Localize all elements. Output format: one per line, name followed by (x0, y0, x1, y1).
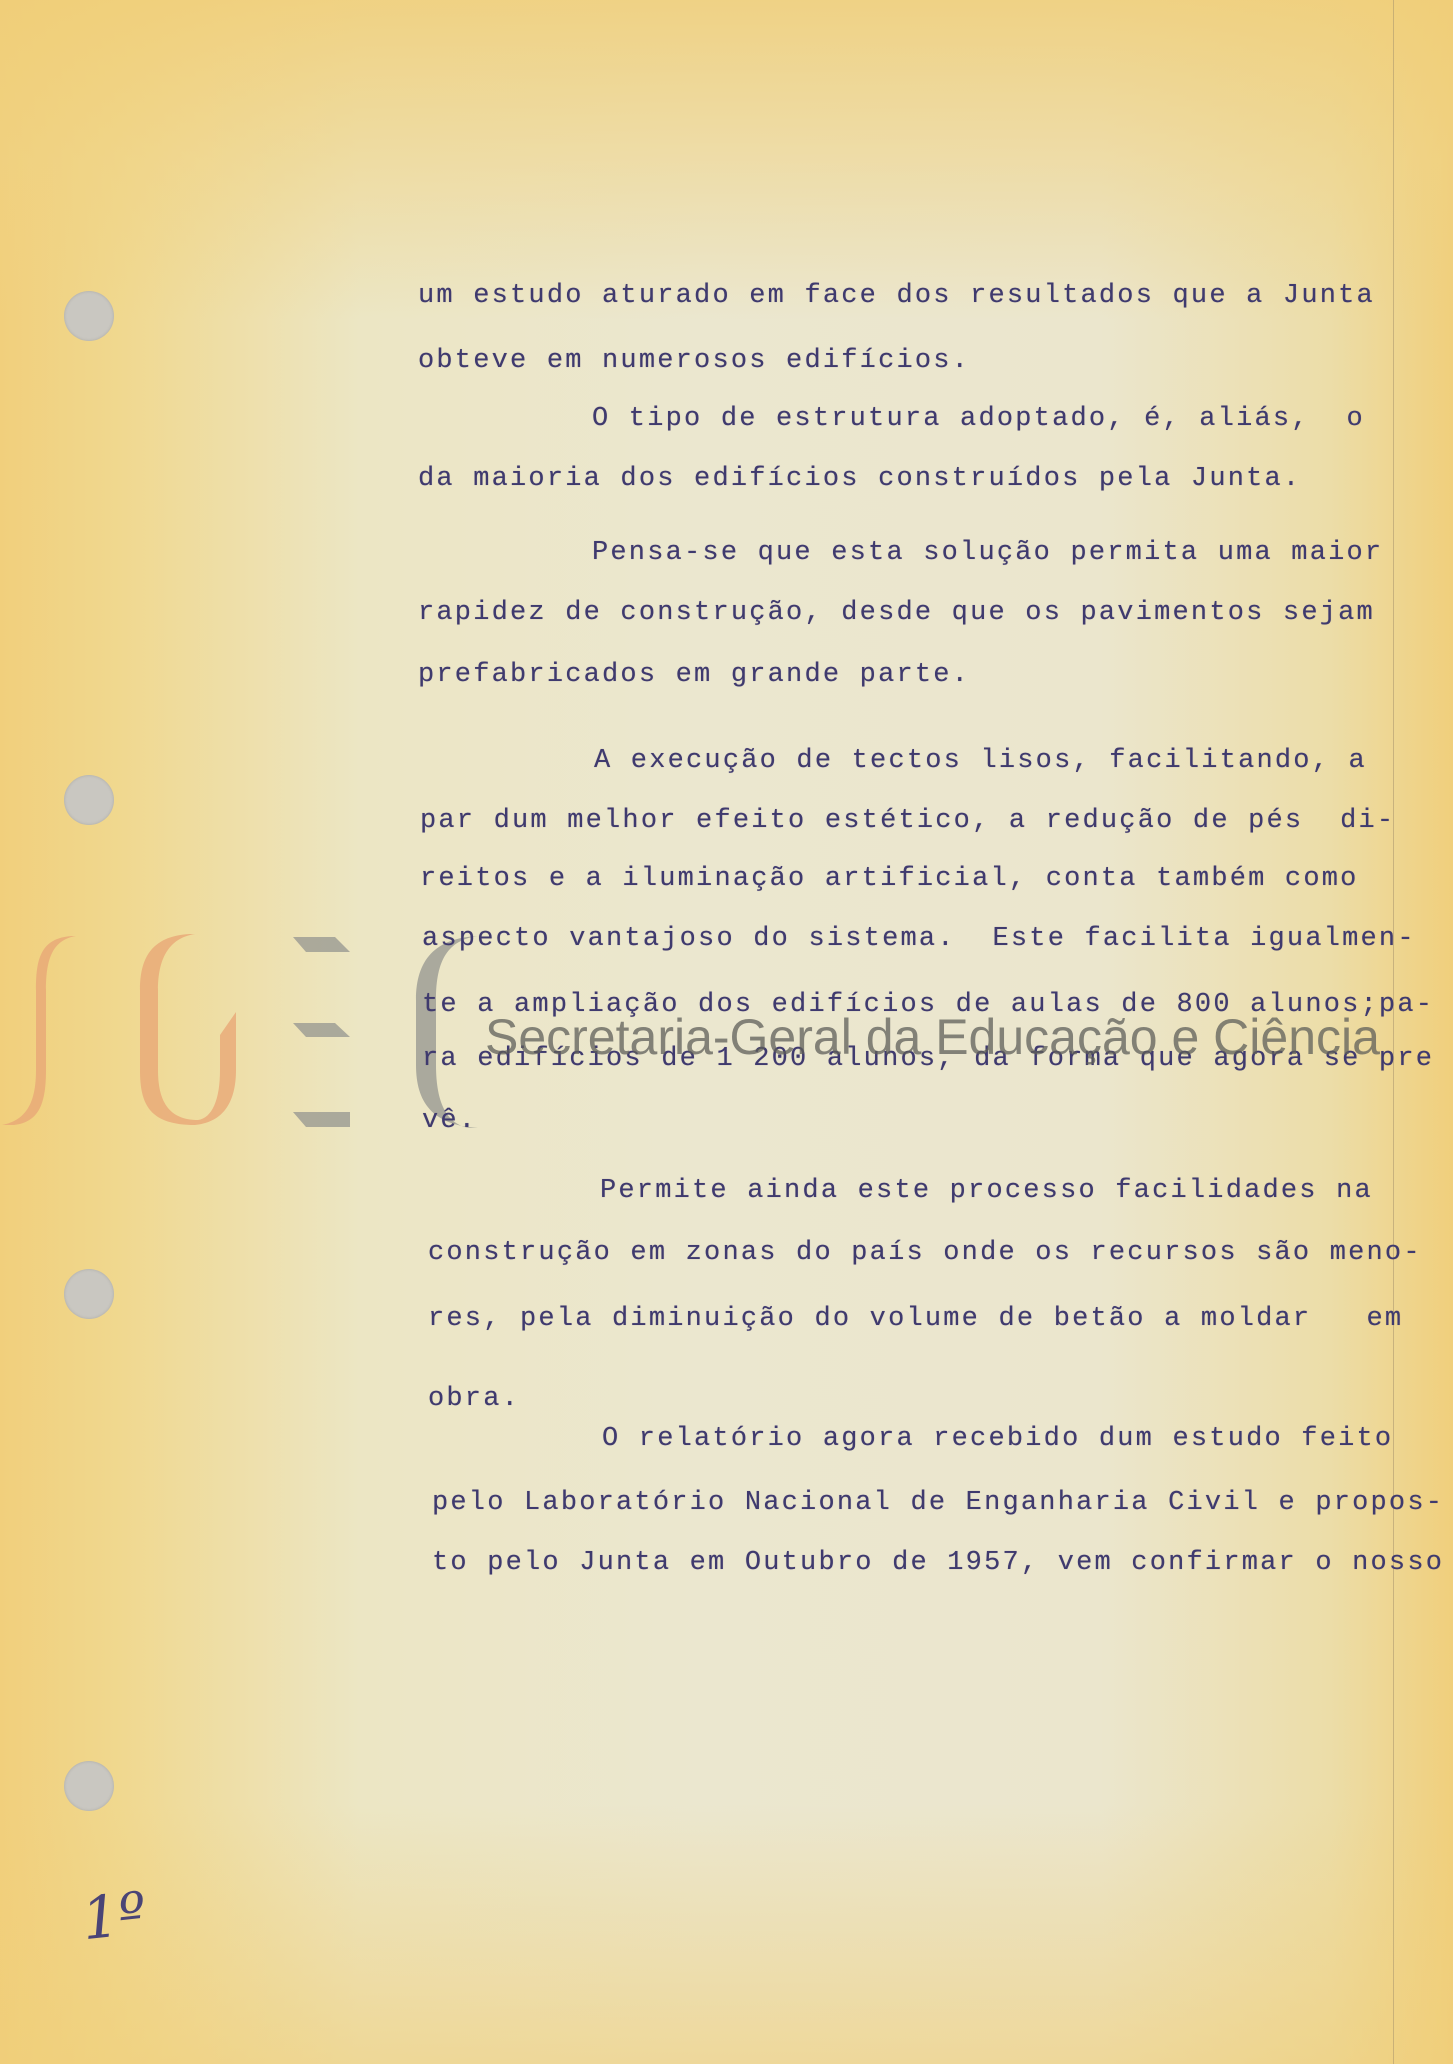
typed-line: par dum melhor efeito estético, a reduçã… (420, 806, 1395, 836)
typed-line: O relatório agora recebido dum estudo fe… (602, 1424, 1393, 1454)
typed-line: O tipo de estrutura adoptado, é, aliás, … (592, 404, 1365, 434)
typed-line: rapidez de construção, desde que os pavi… (418, 598, 1375, 628)
typed-line: Pensa-se que esta solução permita uma ma… (592, 538, 1383, 568)
typed-line: res, pela diminuição do volume de betão … (428, 1304, 1403, 1334)
typed-line: A execução de tectos lisos, facilitando,… (594, 746, 1367, 776)
typed-line: obra. (428, 1384, 520, 1414)
typed-line: aspecto vantajoso do sistema. Este facil… (422, 924, 1416, 954)
typed-line: prefabricados em grande parte. (418, 660, 970, 690)
typed-line: vê. (422, 1106, 477, 1136)
typed-line: um estudo aturado em face dos resultados… (418, 281, 1375, 311)
typed-line: Permite ainda este processo facilidades … (600, 1176, 1373, 1206)
handwritten-page-number: 1º (79, 1879, 150, 1953)
typed-line: obteve em numerosos edifícios. (418, 346, 970, 376)
typed-line: reitos e a iluminação artificial, conta … (420, 864, 1359, 894)
typed-line: construção em zonas do país onde os recu… (428, 1238, 1422, 1268)
watermark-text: Secretaria-Geral da Educação e Ciência (485, 1008, 1380, 1066)
typed-line: pelo Laboratório Nacional de Enganharia … (432, 1488, 1444, 1518)
typed-line: to pelo Junta em Outubro de 1957, vem co… (432, 1548, 1444, 1578)
typed-line: da maioria dos edifícios construídos pel… (418, 464, 1301, 494)
